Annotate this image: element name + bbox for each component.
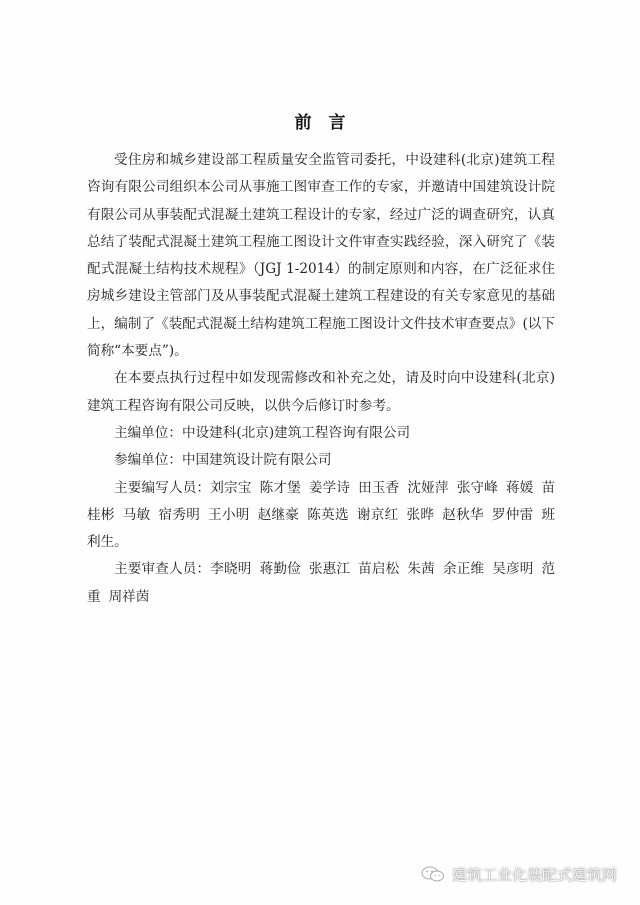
main-writers: 主要编写人员：刘宗宝陈才堡姜学诗田玉香沈娅萍张守峰蒋媛苗桂彬马敏宿秀明王小明赵继… xyxy=(87,475,555,557)
writer-name: 赵秋华 xyxy=(442,507,484,523)
reviewer-name: 朱茜 xyxy=(407,561,435,577)
page-title: 前言 xyxy=(0,108,640,133)
writer-name: 陈英选 xyxy=(307,507,349,523)
writer-name: 张守峰 xyxy=(457,480,498,496)
participating-unit-value: 中国建筑设计院有限公司 xyxy=(182,452,332,468)
writer-name: 张晔 xyxy=(407,507,435,523)
chief-editor-label: 主编单位： xyxy=(114,425,182,441)
reviewer-name: 李晓明 xyxy=(210,561,251,577)
writer-name: 罗仲雷 xyxy=(492,507,534,523)
writer-name: 姜学诗 xyxy=(309,480,350,496)
writer-name: 马敏 xyxy=(123,507,151,523)
writer-name: 谢京红 xyxy=(357,507,399,523)
reviewer-name: 苗启松 xyxy=(358,561,399,577)
reviewer-name: 周祥茵 xyxy=(109,589,150,605)
wechat-icon xyxy=(420,865,446,883)
writer-name: 刘宗宝 xyxy=(210,480,251,496)
chief-editor-value: 中设建科(北京)建筑工程咨询有限公司 xyxy=(182,425,410,441)
writer-name: 沈娅萍 xyxy=(407,480,448,496)
document-body: 受住房和城乡建设部工程质量安全监管司委托，中设建科(北京)建筑工程咨询有限公司组… xyxy=(87,147,555,611)
main-reviewers: 主要审查人员：李晓明蒋勤俭张惠江苗启松朱茜余正维吴彦明范重周祥茵 xyxy=(87,556,555,611)
writer-name: 田玉香 xyxy=(358,480,399,496)
paragraph-feedback: 在本要点执行过程中如发现需修改和补充之处，请及时向中设建科(北京)建筑工程咨询有… xyxy=(87,365,555,420)
writer-name: 宿秀明 xyxy=(158,507,200,523)
chief-editor-unit: 主编单位：中设建科(北京)建筑工程咨询有限公司 xyxy=(87,420,555,447)
watermark-text: 建筑工业化装配式建筑网 xyxy=(452,864,617,885)
writer-name: 陈才堡 xyxy=(260,480,301,496)
reviewer-name: 余正维 xyxy=(443,561,484,577)
writer-name: 蒋媛 xyxy=(506,480,534,496)
main-reviewers-label: 主要审查人员： xyxy=(114,561,210,577)
participating-unit-label: 参编单位： xyxy=(114,452,182,468)
document-page: 前言 受住房和城乡建设部工程质量安全监管司委托，中设建科(北京)建筑工程咨询有限… xyxy=(0,0,640,905)
watermark: 建筑工业化装配式建筑网 xyxy=(420,862,617,886)
reviewer-name: 吴彦明 xyxy=(492,561,533,577)
writer-name: 赵继豪 xyxy=(258,507,300,523)
reviewer-name: 蒋勤俭 xyxy=(260,561,301,577)
paragraph-intro: 受住房和城乡建设部工程质量安全监管司委托，中设建科(北京)建筑工程咨询有限公司组… xyxy=(87,147,555,365)
main-writers-label: 主要编写人员： xyxy=(114,480,210,496)
writer-name: 王小明 xyxy=(208,507,250,523)
reviewer-name: 张惠江 xyxy=(309,561,350,577)
participating-unit: 参编单位：中国建筑设计院有限公司 xyxy=(87,447,555,474)
